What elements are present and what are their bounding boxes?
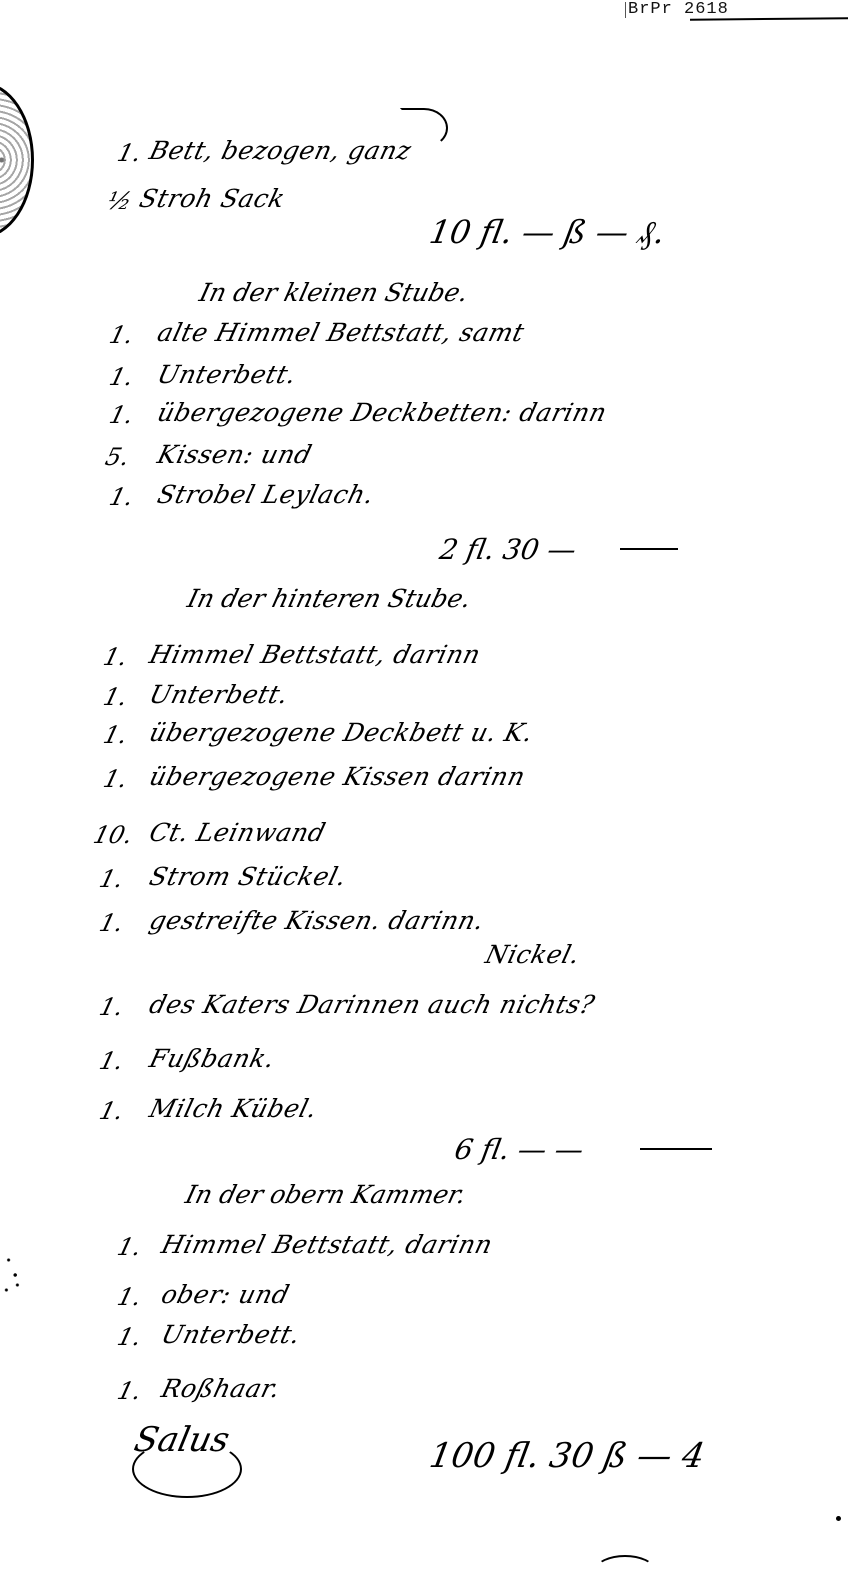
item-qty: 1.	[96, 864, 126, 894]
list-item: Himmel Bettstatt, darinn	[158, 1230, 496, 1260]
item-qty: ½	[104, 186, 135, 216]
item-qty: 1.	[100, 682, 130, 712]
archive-reference-underline	[690, 17, 848, 20]
list-item: Himmel Bettstatt, darinn	[146, 640, 484, 670]
section-heading: In der hinteren Stube.	[184, 584, 474, 614]
archive-reference-stamp: BrPr 2618	[628, 0, 729, 20]
subtotal-rule	[620, 548, 678, 550]
subtotal-rule	[640, 1148, 712, 1150]
list-item: übergezogene Deckbetten: darinn	[154, 398, 610, 428]
item-qty: 1.	[114, 138, 144, 168]
subtotal-amount: 6 fl. — —	[451, 1130, 586, 1170]
item-qty: 1.	[96, 1046, 126, 1076]
item-qty: 1.	[114, 1322, 144, 1352]
subtotal-amount: 10 fl. — ß — ₰.	[426, 212, 668, 252]
item-qty: 1.	[106, 362, 136, 392]
grand-total: 100 fl. 30 ß — 4	[426, 1436, 707, 1476]
item-qty: 1.	[96, 992, 126, 1022]
item-qty: 1.	[114, 1282, 144, 1312]
subtotal-amount: 2 fl. 30 —	[436, 530, 579, 570]
list-item-annotation: Nickel.	[482, 940, 583, 970]
item-qty: 1.	[106, 320, 136, 350]
list-item: Unterbett.	[154, 360, 299, 390]
item-qty: 1.	[106, 482, 136, 512]
list-item: Bett, bezogen, ganz	[146, 136, 414, 166]
document-page: BrPr 2618 1. Bett, bezogen, ganz ½ Stroh…	[0, 0, 848, 1577]
item-qty: 1.	[106, 400, 136, 430]
section-heading: In der kleinen Stube.	[196, 278, 471, 308]
list-item: Fußbank.	[146, 1044, 278, 1074]
archive-ref-tick	[625, 2, 626, 18]
list-item: Kissen: und	[154, 440, 315, 470]
item-qty: 1.	[96, 908, 126, 938]
list-item: Stroh Sack	[136, 184, 288, 214]
item-qty: 1.	[100, 642, 130, 672]
item-qty: 1.	[114, 1232, 144, 1262]
item-qty: 1.	[100, 720, 130, 750]
section-heading: In der obern Kammer.	[182, 1180, 469, 1210]
list-item: gestreifte Kissen. darinn.	[146, 906, 487, 936]
ink-dot	[836, 1516, 841, 1521]
seal-stamp-icon	[0, 82, 34, 238]
list-item: Unterbett.	[158, 1320, 303, 1350]
list-item: Milch Kübel.	[146, 1094, 320, 1124]
list-item: des Katers Darinnen auch nichts?	[146, 990, 598, 1020]
item-qty: 1.	[100, 764, 130, 794]
bottom-arc-mark	[595, 1555, 655, 1577]
list-item: übergezogene Deckbett u. K.	[146, 718, 536, 748]
salus-flourish	[132, 1440, 242, 1498]
list-item: Unterbett.	[146, 680, 291, 710]
flourish-mark	[400, 108, 448, 148]
list-item: alte Himmel Bettstatt, samt	[154, 318, 527, 348]
list-item: Roßhaar.	[158, 1374, 283, 1404]
list-item: Strobel Leylach.	[154, 480, 377, 510]
list-item: Strom Stückel.	[146, 862, 349, 892]
list-item: ober: und	[158, 1280, 292, 1310]
item-qty: 10.	[90, 820, 136, 850]
list-item: Ct. Leinwand	[146, 818, 328, 848]
item-qty: 5.	[102, 442, 132, 472]
item-qty: 1.	[96, 1096, 126, 1126]
item-qty: 1.	[114, 1376, 144, 1406]
margin-speckle	[2, 1250, 24, 1300]
list-item: übergezogene Kissen darinn	[146, 762, 528, 792]
